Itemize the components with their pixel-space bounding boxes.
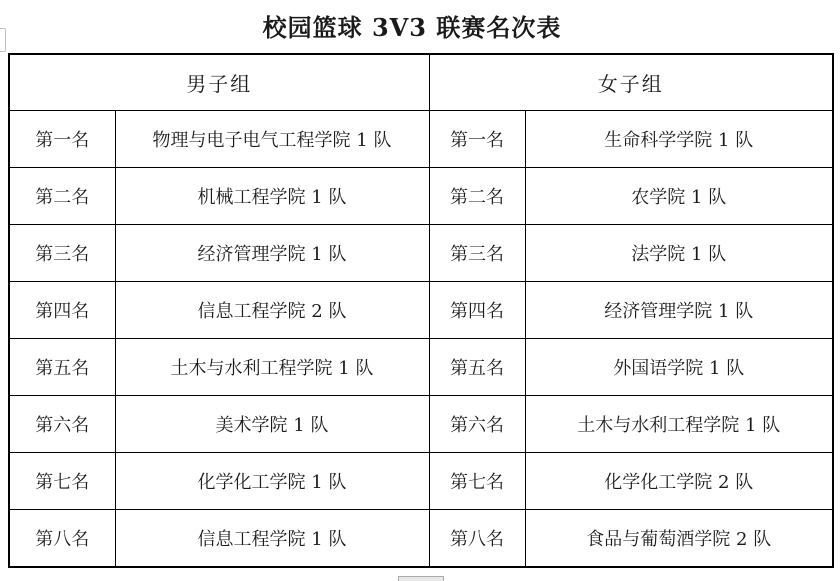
women-rank-cell[interactable]: 第八名 [429,510,525,568]
men-rank-cell[interactable]: 第三名 [9,225,115,282]
women-team-cell[interactable]: 法学院 1 队 [525,225,833,282]
table-header-row: 男子组 女子组 [9,54,833,111]
left-edge-handle [0,28,6,52]
women-rank-cell[interactable]: 第七名 [429,453,525,510]
men-rank-cell[interactable]: 第五名 [9,339,115,396]
men-team-cell[interactable]: 机械工程学院 1 队 [115,168,429,225]
men-team-cell[interactable]: 物理与电子电气工程学院 1 队 [115,111,429,168]
men-team-cell[interactable]: 美术学院 1 队 [115,396,429,453]
men-team-cell[interactable]: 土木与水利工程学院 1 队 [115,339,429,396]
table-row: 第三名 经济管理学院 1 队 第三名 法学院 1 队 [9,225,833,282]
ranking-table: 男子组 女子组 第一名 物理与电子电气工程学院 1 队 第一名 生命科学学院 1… [8,53,834,568]
men-rank-cell[interactable]: 第四名 [9,282,115,339]
table-row: 第八名 信息工程学院 1 队 第八名 食品与葡萄酒学院 2 队 [9,510,833,568]
table-row: 第二名 机械工程学院 1 队 第二名 农学院 1 队 [9,168,833,225]
women-team-cell[interactable]: 化学化工学院 2 队 [525,453,833,510]
table-row: 第六名 美术学院 1 队 第六名 土木与水利工程学院 1 队 [9,396,833,453]
men-team-cell[interactable]: 化学化工学院 1 队 [115,453,429,510]
table-row: 第五名 土木与水利工程学院 1 队 第五名 外国语学院 1 队 [9,339,833,396]
men-team-cell[interactable]: 信息工程学院 1 队 [115,510,429,568]
women-team-cell[interactable]: 经济管理学院 1 队 [525,282,833,339]
women-rank-cell[interactable]: 第二名 [429,168,525,225]
women-rank-cell[interactable]: 第六名 [429,396,525,453]
men-rank-cell[interactable]: 第二名 [9,168,115,225]
page-title[interactable]: 校园篮球 3V3 联赛名次表 [0,8,824,43]
women-team-cell[interactable]: 土木与水利工程学院 1 队 [525,396,833,453]
men-team-cell[interactable]: 经济管理学院 1 队 [115,225,429,282]
women-team-cell[interactable]: 外国语学院 1 队 [525,339,833,396]
men-group-header[interactable]: 男子组 [9,54,429,111]
women-rank-cell[interactable]: 第三名 [429,225,525,282]
men-team-cell[interactable]: 信息工程学院 2 队 [115,282,429,339]
women-team-cell[interactable]: 生命科学学院 1 队 [525,111,833,168]
women-team-cell[interactable]: 食品与葡萄酒学院 2 队 [525,510,833,568]
table-row: 第四名 信息工程学院 2 队 第四名 经济管理学院 1 队 [9,282,833,339]
women-team-cell[interactable]: 农学院 1 队 [525,168,833,225]
table-row: 第七名 化学化工学院 1 队 第七名 化学化工学院 2 队 [9,453,833,510]
men-rank-cell[interactable]: 第七名 [9,453,115,510]
table-row: 第一名 物理与电子电气工程学院 1 队 第一名 生命科学学院 1 队 [9,111,833,168]
women-rank-cell[interactable]: 第五名 [429,339,525,396]
document-page: 校园篮球 3V3 联赛名次表 男子组 女子组 第一名 物理与电子电气工程学院 1… [0,0,840,581]
women-rank-cell[interactable]: 第四名 [429,282,525,339]
women-group-header[interactable]: 女子组 [429,54,833,111]
men-rank-cell[interactable]: 第八名 [9,510,115,568]
men-rank-cell[interactable]: 第六名 [9,396,115,453]
table-resize-handle[interactable] [398,576,444,581]
women-rank-cell[interactable]: 第一名 [429,111,525,168]
men-rank-cell[interactable]: 第一名 [9,111,115,168]
